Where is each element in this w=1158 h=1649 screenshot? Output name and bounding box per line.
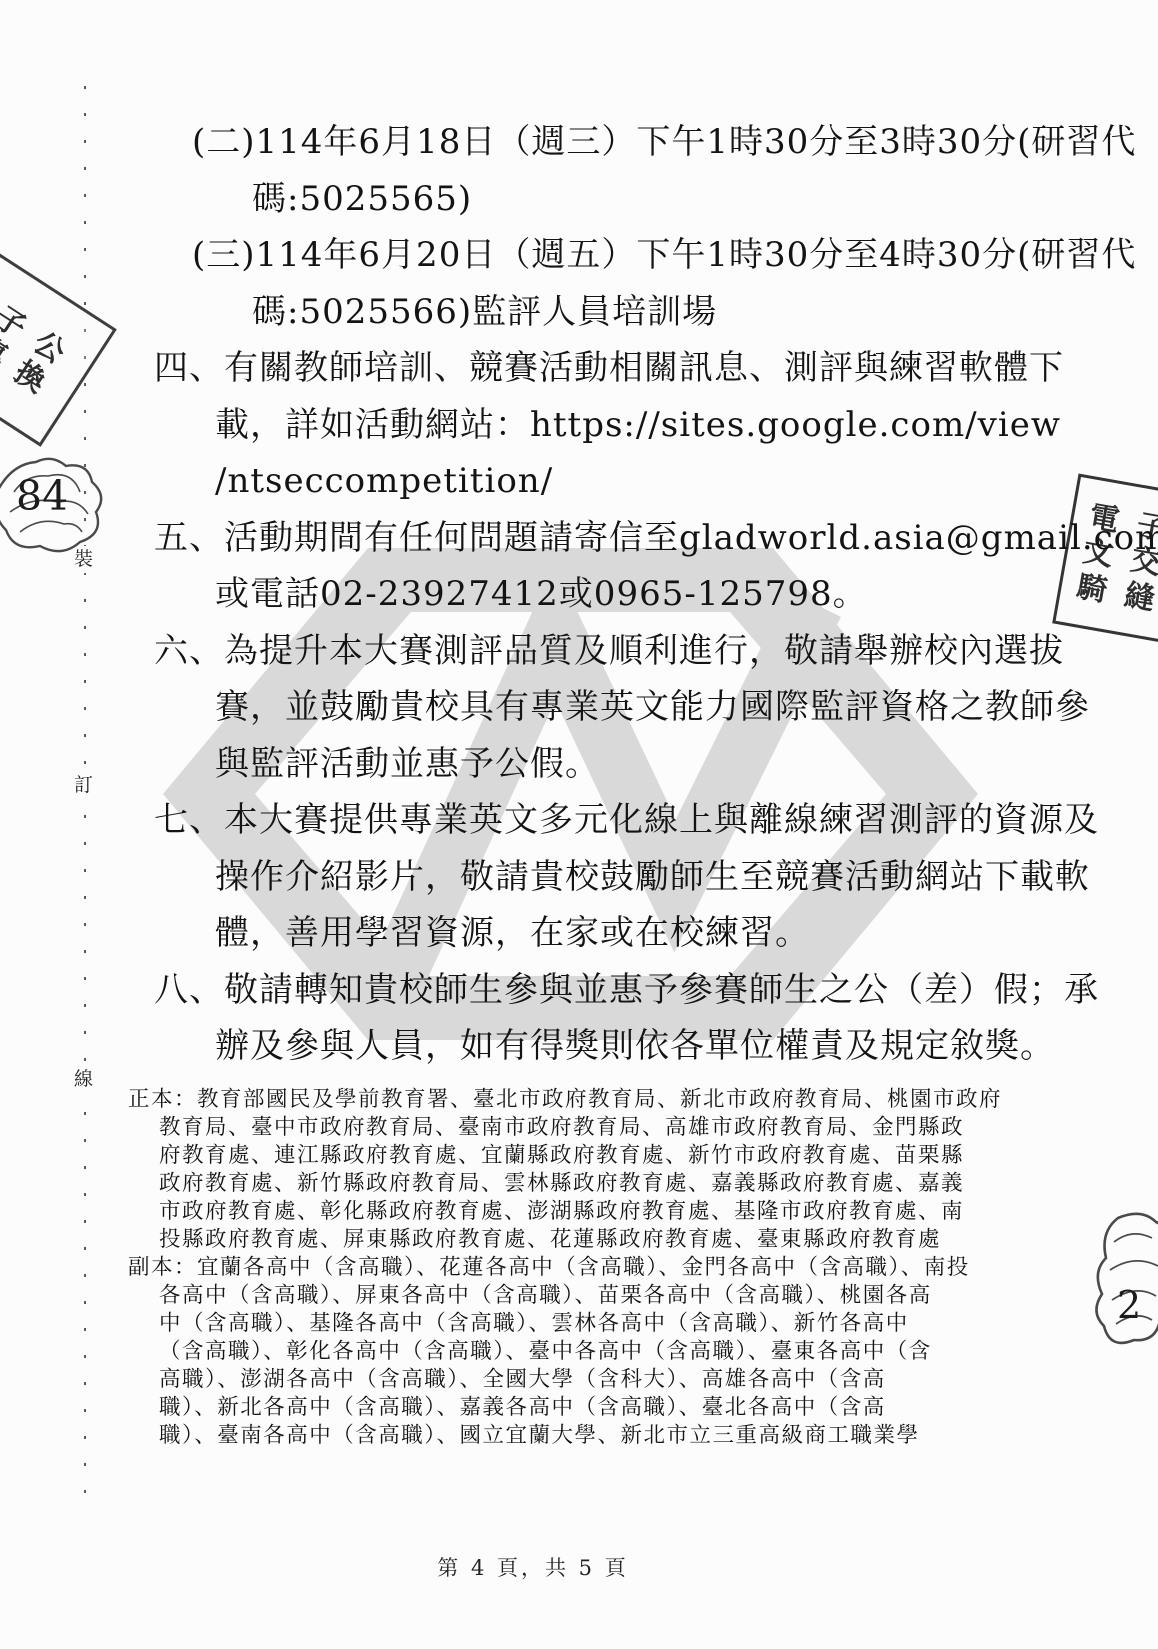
body-line: 或電話02-23927412或0965-125798。 [0,566,1158,623]
original-recipients-line: 市政府教育處、彰化縣政府教育處、澎湖縣政府教育處、基隆市政府教育處、南 [0,1198,1158,1226]
body-line: 與監評活動並惠予公假。 [0,736,1158,793]
body-line: 五、活動期間有任何問題請寄信至gladworld.asia@gmail.com [0,510,1158,567]
body-line: (二)114年6月18日（週三）下午1時30分至3時30分(研習代 [0,114,1158,171]
cc-text: 教育部國民及學前教育署、臺北市政府教育局、新北市政府教育局、桃園市政府 [197,1087,1002,1112]
copy-recipients-line: 副本：宜蘭各高中（含高職）、花蓮各高中（含高職）、金門各高中（含高職）、南投 [0,1254,1158,1282]
copy-recipients-line: 各高中（含高職）、屏東各高中（含高職）、苗栗各高中（含高職）、桃園各高 [0,1282,1158,1310]
original-label: 正本： [128,1087,197,1112]
body-line: 體，善用學習資源，在家或在校練習。 [0,905,1158,962]
original-recipients-line: 府教育處、連江縣政府教育處、宜蘭縣政府教育處、新竹市政府教育處、苗栗縣 [0,1142,1158,1170]
body-line: 碼:5025566)監評人員培訓場 [0,284,1158,341]
body-line: 四、有關教師培訓、競賽活動相關訊息、測評與練習軟體下 [0,340,1158,397]
original-recipients-line: 政府教育處、新竹縣政府教育局、雲林縣政府教育處、嘉義縣政府教育處、嘉義 [0,1170,1158,1198]
body-line: (三)114年6月20日（週五）下午1時30分至4時30分(研習代 [0,227,1158,284]
original-recipients-line: 投縣政府教育處、屏東縣政府教育處、花蓮縣政府教育處、臺東縣政府教育處 [0,1226,1158,1254]
copy-recipients-line: 高職）、澎湖各高中（含高職）、全國大學（含科大）、高雄各高中（含高 [0,1366,1158,1394]
copy-recipients-line: 職）、新北各高中（含高職）、嘉義各高中（含高職）、臺北各高中（含高 [0,1394,1158,1422]
document-page: 裝 訂 線 公換 子專 84 電文騎 子交縫 2 (二)114年6月18日（週三… [0,0,1158,1649]
original-recipients-line: 正本：教育部國民及學前教育署、臺北市政府教育局、新北市政府教育局、桃園市政府 [0,1086,1158,1114]
body-line: 辦及參與人員，如有得獎則依各單位權責及規定敘獎。 [0,1018,1158,1075]
recipients-block: 正本：教育部國民及學前教育署、臺北市政府教育局、新北市政府教育局、桃園市政府 教… [0,1086,1158,1450]
copy-label: 副本： [128,1255,197,1280]
body-line: 六、為提升本大賽測評品質及順利進行，敬請舉辦校內選拔 [0,623,1158,680]
body-line: 碼:5025565) [0,171,1158,228]
body-line: 操作介紹影片，敬請貴校鼓勵師生至競賽活動網站下載軟 [0,849,1158,906]
cc-text: 宜蘭各高中（含高職）、花蓮各高中（含高職）、金門各高中（含高職）、南投 [197,1255,970,1280]
letter-body: (二)114年6月18日（週三）下午1時30分至3時30分(研習代 碼:5025… [0,114,1158,1075]
copy-recipients-line: 職）、臺南各高中（含高職）、國立宜蘭大學、新北市立三重高級商工職業學 [0,1422,1158,1450]
body-line: 載，詳如活動網站：https://sites.google.com/view [0,397,1158,454]
original-recipients-line: 教育局、臺中市政府教育局、臺南市政府教育局、高雄市政府教育局、金門縣政 [0,1114,1158,1142]
body-line: /ntseccompetition/ [0,453,1158,510]
body-line: 賽，並鼓勵貴校具有專業英文能力國際監評資格之教師參 [0,679,1158,736]
copy-recipients-line: （含高職）、彰化各高中（含高職）、臺中各高中（含高職）、臺東各高中（含 [0,1338,1158,1366]
copy-recipients-line: 中（含高職）、基隆各高中（含高職）、雲林各高中（含高職）、新竹各高中 [0,1310,1158,1338]
body-line: 八、敬請轉知貴校師生參與並惠予參賽師生之公（差）假；承 [0,962,1158,1019]
page-footer: 第 4 頁，共 5 頁 [0,1552,1066,1582]
body-line: 七、本大賽提供專業英文多元化線上與離線練習測評的資源及 [0,792,1158,849]
